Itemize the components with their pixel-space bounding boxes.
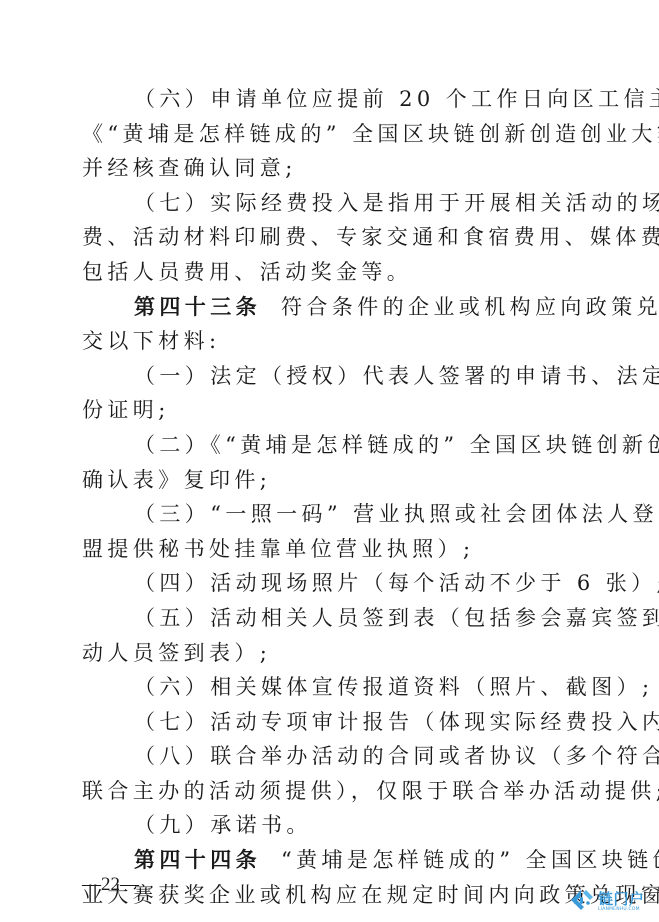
text-line: 《“黄埔是怎样链成的” 全国区块链创新创造创业大赛确认表》 [82,117,580,152]
text-line: （五）活动相关人员签到表（包括参会嘉宾签到表、参加活 [82,601,580,636]
text-line: 交以下材料: [82,324,580,359]
text-line: （八）联合举办活动的合同或者协议（多个符合条件的单位 [82,739,580,774]
line-text: 动人员签到表）; [82,641,271,665]
line-text: 符合条件的企业或机构应向政策兑现窗口提 [281,295,659,319]
article-number: 第四十四条 [134,847,261,872]
text-line: （六）申请单位应提前 20 个工作日向区工信主管部门提交 [82,82,580,117]
line-text: 份证明; [82,398,170,422]
line-text: 盟提供秘书处挂靠单位营业执照）; [82,537,474,561]
text-line: 确认表》复印件; [82,463,580,498]
line-text: （五）活动相关人员签到表（包括参会嘉宾签到表、参加活 [134,606,659,630]
text-line: 盟提供秘书处挂靠单位营业执照）; [82,532,580,567]
line-text: 包括人员费用、活动奖金等。 [82,260,412,284]
line-text: （三）“一照一码” 营业执照或社会团体法人登记证书（联 [134,502,659,526]
line-text: 确认表》复印件; [82,468,271,492]
watermark-logo: 链门户 LIANMENHU.COM [570,889,645,915]
text-line: （九）承诺书。 [82,808,580,843]
line-text: （四）活动现场照片（每个活动不少于 6 张）; [134,571,659,595]
text-line: （六）相关媒体宣传报道资料（照片、截图）; [82,670,580,705]
line-text: （六）相关媒体宣传报道资料（照片、截图）; [134,675,653,699]
chain-logo-icon [570,889,594,915]
line-text: （七）活动专项审计报告（体现实际经费投入内容）; [134,710,659,734]
line-text: 《“黄埔是怎样链成的” 全国区块链创新创造创业大赛确认表》 [82,122,659,146]
line-text: 并经核查确认同意; [82,156,297,180]
text-line: 联合主办的活动须提供），仅限于联合举办活动提供; [82,774,580,809]
article-44-heading: 第四十四条“黄埔是怎样链成的” 全国区块链创新创造创 [82,843,580,878]
article-43-heading: 第四十三条符合条件的企业或机构应向政策兑现窗口提 [82,290,580,325]
line-text: 交以下材料: [82,329,220,353]
text-line: 业大赛获奖企业或机构应在规定时间内向政策兑现窗口提交以 [82,878,580,913]
text-line: （一）法定（授权）代表人签署的申请书、法定代表人的身 [82,359,580,394]
text-line: 份证明; [82,393,580,428]
watermark-name-en: LIANMENHU.COM [598,908,645,913]
article-number: 第四十三条 [134,294,261,319]
watermark-name-cn: 链门户 [598,892,645,907]
text-line: （七）实际经费投入是指用于开展相关活动的场地费、布展 [82,186,580,221]
line-text: （二）《“黄埔是怎样链成的” 全国区块链创新创造创业大赛 [134,433,659,457]
line-text: （八）联合举办活动的合同或者协议（多个符合条件的单位 [134,744,659,768]
text-line: 并经核查确认同意; [82,151,580,186]
text-line: （七）活动专项审计报告（体现实际经费投入内容）; [82,705,580,740]
text-line: 动人员签到表）; [82,636,580,671]
line-text: 联合主办的活动须提供），仅限于联合举办活动提供; [82,779,659,803]
text-line: （四）活动现场照片（每个活动不少于 6 张）; [82,566,580,601]
text-line: 包括人员费用、活动奖金等。 [82,255,580,290]
page-number: —22— [82,874,139,896]
line-text: （九）承诺书。 [134,813,312,837]
line-text: （一）法定（授权）代表人签署的申请书、法定代表人的身 [134,364,659,388]
text-line: （二）《“黄埔是怎样链成的” 全国区块链创新创造创业大赛 [82,428,580,463]
text-line: （三）“一照一码” 营业执照或社会团体法人登记证书（联 [82,497,580,532]
document-page: （六）申请单位应提前 20 个工作日向区工信主管部门提交 《“黄埔是怎样链成的”… [82,82,580,912]
line-text: （七）实际经费投入是指用于开展相关活动的场地费、布展 [134,191,659,215]
line-text: 费、活动材料印刷费、专家交通和食宿费用、媒体费用等，但不 [82,225,659,249]
line-text: （六）申请单位应提前 20 个工作日向区工信主管部门提交 [134,87,659,111]
text-line: 费、活动材料印刷费、专家交通和食宿费用、媒体费用等，但不 [82,220,580,255]
line-text: “黄埔是怎样链成的” 全国区块链创新创造创 [281,848,659,872]
